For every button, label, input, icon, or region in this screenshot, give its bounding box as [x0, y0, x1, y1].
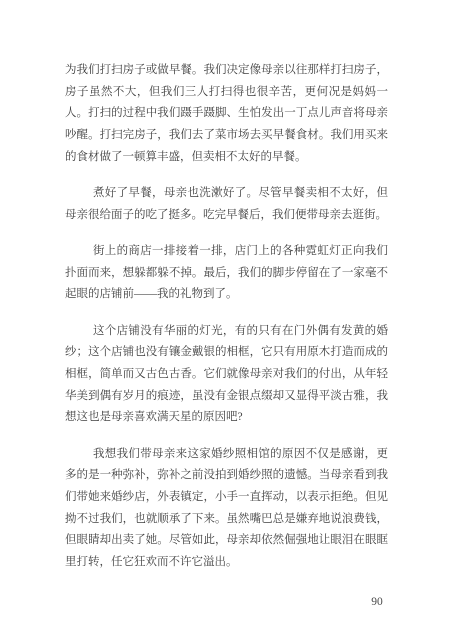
paragraph: 这个店铺没有华丽的灯光，有的只有在门外偶有发黄的婚纱；这个店铺也没有镶金戴银的相…	[65, 321, 388, 430]
paragraph: 煮好了早餐，母亲也洗漱好了。尽管早餐卖相不太好，但母亲很给面子的吃了挺多。吃完早…	[65, 183, 388, 226]
paragraph: 街上的商店一排接着一排，店门上的各种霓虹灯正向我们扑面而来，想躲都躲不掉。最后，…	[65, 241, 388, 306]
page-number: 90	[366, 596, 388, 608]
paragraph: 我想我们带母亲来这家婚纱照相馆的原因不仅是感谢，更多的是一种弥补，弥补之前没拍到…	[65, 444, 388, 574]
paragraph: 为我们打扫房子或做早餐。我们决定像母亲以往那样打扫房子，房子虽然不大，但我们三人…	[65, 60, 388, 169]
document-page: 为我们打扫房子或做早餐。我们决定像母亲以往那样打扫房子，房子虽然不大，但我们三人…	[0, 0, 450, 640]
text-block: 为我们打扫房子或做早餐。我们决定像母亲以往那样打扫房子，房子虽然不大，但我们三人…	[65, 60, 388, 588]
